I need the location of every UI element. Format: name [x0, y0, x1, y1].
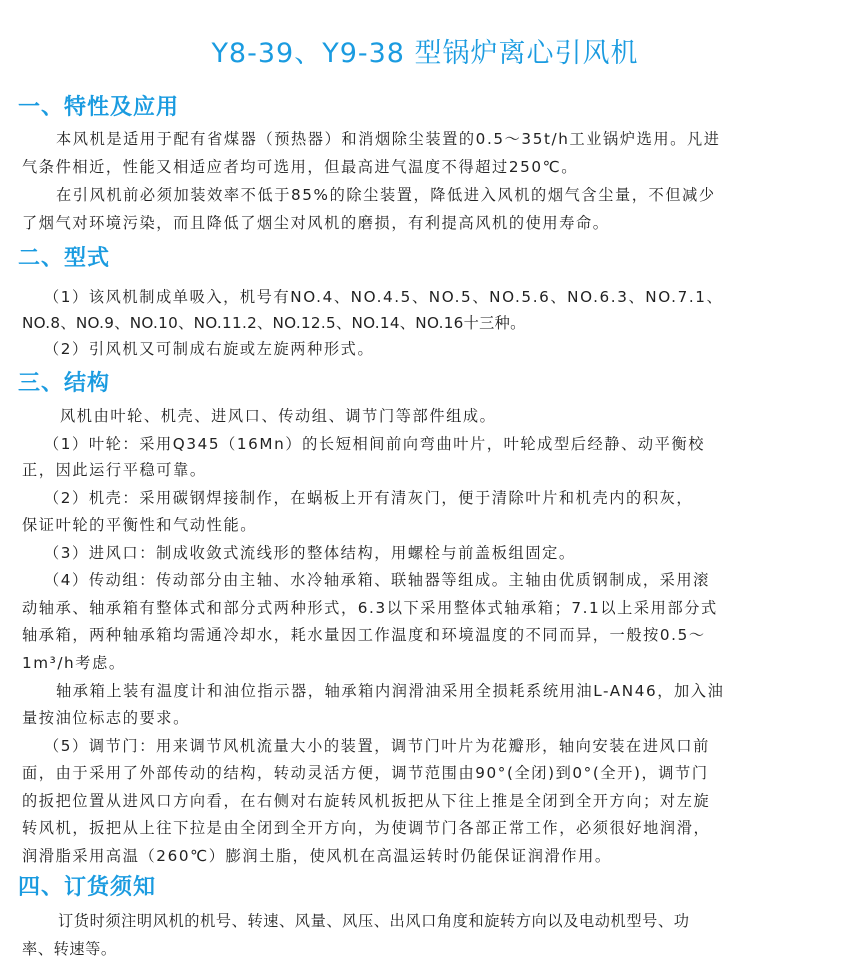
paragraph-line: 气条件相近，性能又相适应者均可选用，但最高进气温度不得超过250℃。: [22, 156, 578, 178]
paragraph-line: 保证叶轮的平衡性和气动性能。: [22, 514, 257, 536]
paragraph-line: 轴承箱，两种轴承箱均需通冷却水，耗水量因工作温度和环境温度的不同而异，一般按0.…: [22, 624, 706, 646]
paragraph-line: 正，因此运行平稳可靠。: [22, 459, 207, 481]
paragraph-line: （1）该风机制成单吸入，机号有NO.4、NO.4.5、NO.5、NO.5.6、N…: [44, 286, 723, 308]
section-heading-features: 一、特性及应用: [18, 93, 179, 123]
paragraph-line: 轴承箱上装有温度计和油位指示器，轴承箱内润滑油采用全损耗系统用油L-AN46，加…: [56, 680, 724, 702]
paragraph-line: 率、转速等。: [22, 938, 117, 960]
paragraph-line: （2）引风机又可制成右旋或左旋两种形式。: [44, 338, 374, 360]
paragraph-line: （2）机壳：采用碳钢焊接制作，在蜗板上开有清灰门，便于清除叶片和机壳内的积灰，: [44, 487, 693, 509]
paragraph-line: NO.8、NO.9、NO.10、NO.11.2、NO.12.5、NO.14、NO…: [22, 312, 526, 334]
section-heading-types: 二、型式: [18, 244, 110, 274]
paragraph-line: 面，由于采用了外部传动的结构，转动灵活方便，调节范围由90°(全闭)到0°(全开…: [22, 762, 709, 784]
paragraph-line: 订货时须注明风机的机号、转速、风量、风压、出风口角度和旋转方向以及电动机型号、功: [58, 910, 690, 932]
page-title: Y8-39、Y9-38 型锅炉离心引风机: [0, 34, 850, 74]
paragraph-line: 风机由叶轮、机壳、进风口、传动组、调节门等部件组成。: [60, 405, 496, 427]
paragraph-line: 在引风机前必须加装效率不低于85%的除尘装置，降低进入风机的烟气含尘量，不但减少: [56, 184, 716, 206]
paragraph-line: （1）叶轮：采用Q345（16Mn）的长短相间前向弯曲叶片，叶轮成型后经静、动平…: [44, 433, 705, 455]
document-page: Y8-39、Y9-38 型锅炉离心引风机 一、特性及应用 本风机是适用于配有省煤…: [0, 0, 850, 975]
paragraph-line: 转风机，扳把从上往下拉是由全闭到全开方向，为使调节门各部正常工作，必须很好地润滑…: [22, 817, 710, 839]
paragraph-line: 了烟气对环境污染，而且降低了烟尘对风机的磨损，有利提高风机的使用寿命。: [22, 212, 610, 234]
paragraph-line: 动轴承、轴承箱有整体式和部分式两种形式，6.3以下采用整体式轴承箱；7.1以上采…: [22, 597, 718, 619]
paragraph-line: （4）传动组：传动部分由主轴、水冷轴承箱、联轴器等组成。主轴由优质钢制成，采用滚: [44, 569, 710, 591]
section-heading-ordering: 四、订货须知: [18, 873, 156, 903]
paragraph-line: （5）调节门：用来调节风机流量大小的装置，调节门叶片为花瓣形，轴向安装在进风口前: [44, 735, 710, 757]
paragraph-line: 1m³/h考虑。: [22, 652, 126, 674]
paragraph-line: 的扳把位置从进风口方向看，在右侧对右旋转风机扳把从下往上推是全闭到全开方向；对左…: [22, 790, 710, 812]
paragraph-line: 润滑脂采用高温（260℃）膨润土脂，使风机在高温运转时仍能保证润滑作用。: [22, 845, 612, 867]
paragraph-line: 本风机是适用于配有省煤器（预热器）和消烟除尘装置的0.5～35t/h工业锅炉选用…: [56, 128, 721, 150]
section-heading-structure: 三、结构: [18, 369, 110, 399]
paragraph-line: （3）进风口：制成收敛式流线形的整体结构，用螺栓与前盖板组固定。: [44, 542, 576, 564]
paragraph-line: 量按油位标志的要求。: [22, 707, 190, 729]
